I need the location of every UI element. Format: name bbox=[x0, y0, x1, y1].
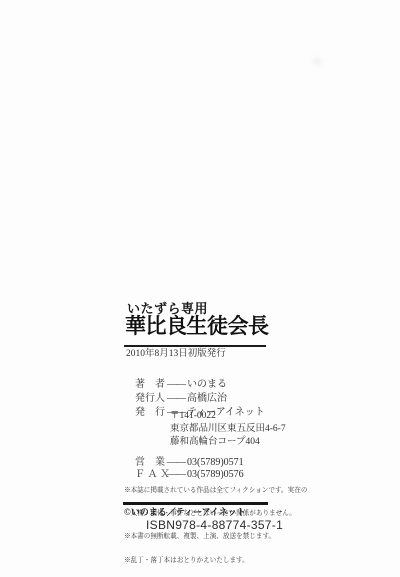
edition-date: 2010年8月13日初版発行 bbox=[126, 350, 226, 360]
scan-smudge bbox=[312, 58, 322, 65]
disclaimer-line: ※乱丁・落丁本はおとりかえいたします。 bbox=[124, 557, 307, 565]
credit-label: 発 行 bbox=[135, 408, 167, 418]
copyright-line: ©いのまる／ティーアイネット bbox=[124, 508, 246, 517]
address-building: 藤和高輪台コープ404 bbox=[170, 438, 260, 448]
copyright-divider-rule bbox=[123, 502, 268, 505]
disclaimer-line: ※本誌に掲載されている作品は全てフィクションです。実在の bbox=[124, 487, 307, 495]
title-divider-rule bbox=[124, 345, 266, 347]
colophon-page: いたずら専用 華比良生徒会長 2010年8月13日初版発行 著 者――いのまる … bbox=[0, 0, 400, 577]
isbn-number: ISBN978-4-88774-357-1 bbox=[146, 519, 283, 531]
disclaimer-line: ※本書の無断転載、複製、上演、放送を禁じます。 bbox=[124, 533, 307, 541]
address-street: 東京都品川区東五反田4-6-7 bbox=[170, 425, 286, 435]
postal-code: 〒141-0022 bbox=[170, 412, 216, 422]
book-title: 華比良生徒会長 bbox=[125, 316, 269, 337]
